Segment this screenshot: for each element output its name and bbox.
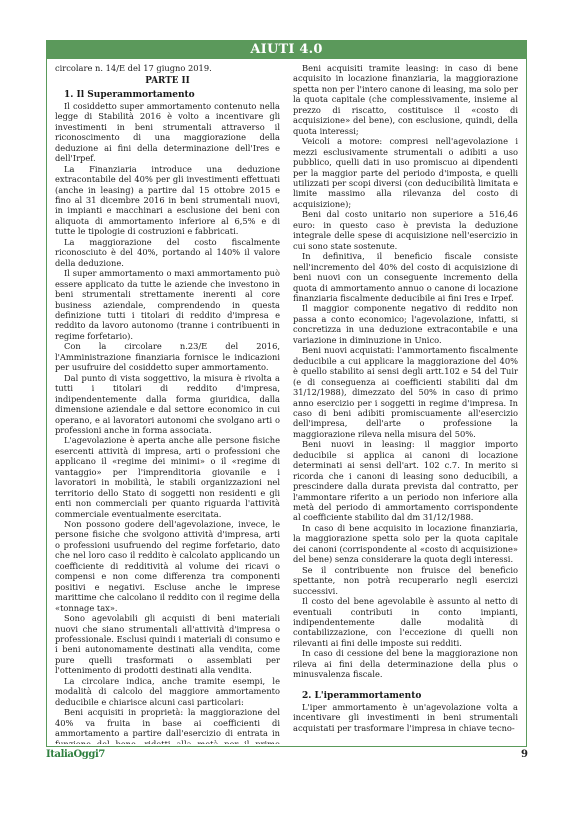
right-column: Beni acquisiti tramite leasing: in caso …	[293, 63, 518, 744]
paragraph: Beni nuovi acquistati: l'ammortamento fi…	[293, 345, 518, 439]
section-2-title: 2. L'iperammortamento	[293, 691, 518, 702]
paragraph: Con la circolare n.23/E del 2016, l'Ammi…	[55, 341, 280, 372]
page-number: 9	[521, 749, 528, 760]
paragraph: Il cosiddetto super ammortamento contenu…	[55, 101, 280, 164]
paragraph: In definitiva, il beneficio fiscale cons…	[293, 251, 518, 303]
paragraph: Veicoli a motore: compresi nell'agevolaz…	[293, 136, 518, 209]
paragraph: In caso di bene acquisito in locazione f…	[293, 523, 518, 565]
paragraph: In caso di cessione del bene la maggiora…	[293, 648, 518, 679]
paragraph: Beni acquisiti tramite leasing: in caso …	[293, 63, 518, 136]
paragraph: Il costo del bene agevolabile è assunto …	[293, 596, 518, 648]
paragraph: Non possono godere dell'agevolazione, in…	[55, 519, 280, 613]
article-box: AIUTI 4.0 circolare n. 14/E del 17 giugn…	[46, 40, 527, 747]
paragraph: Sono agevolabili gli acquisti di beni ma…	[55, 613, 280, 676]
paragraph: L'iper ammortamento è un'agevolazione vo…	[293, 702, 518, 733]
spacer	[293, 680, 518, 689]
paragraph: Dal punto di vista soggettivo, la misura…	[55, 373, 280, 436]
section-header: AIUTI 4.0	[47, 41, 526, 59]
paragraph: Beni dal costo unitario non superiore a …	[293, 209, 518, 251]
paragraph: Beni nuovi in leasing: il maggior import…	[293, 439, 518, 523]
section-1-title: 1. Il Superammortamento	[55, 90, 280, 101]
part-title: PARTE II	[55, 76, 280, 86]
publication-logo: ItaliaOggi7	[46, 749, 105, 760]
intro-line: circolare n. 14/E del 17 giugno 2019.	[55, 63, 280, 73]
paragraph: La maggiorazione del costo fiscalmente r…	[55, 237, 280, 268]
paragraph: Il super ammortamento o maxi ammortament…	[55, 268, 280, 341]
paragraph: La circolare indica, anche tramite esemp…	[55, 676, 280, 707]
left-column: circolare n. 14/E del 17 giugno 2019. PA…	[55, 63, 280, 744]
paragraph: L'agevolazione è aperta anche alle perso…	[55, 435, 280, 519]
paragraph: Il maggior componente negativo di reddit…	[293, 303, 518, 345]
paragraph: Beni acquisiti in proprietà: la maggiora…	[55, 707, 280, 744]
paragraph: Se il contribuente non fruisce del benef…	[293, 565, 518, 596]
article-columns: circolare n. 14/E del 17 giugno 2019. PA…	[55, 63, 518, 744]
paragraph: La Finanziaria introduce una deduzione e…	[55, 164, 280, 237]
